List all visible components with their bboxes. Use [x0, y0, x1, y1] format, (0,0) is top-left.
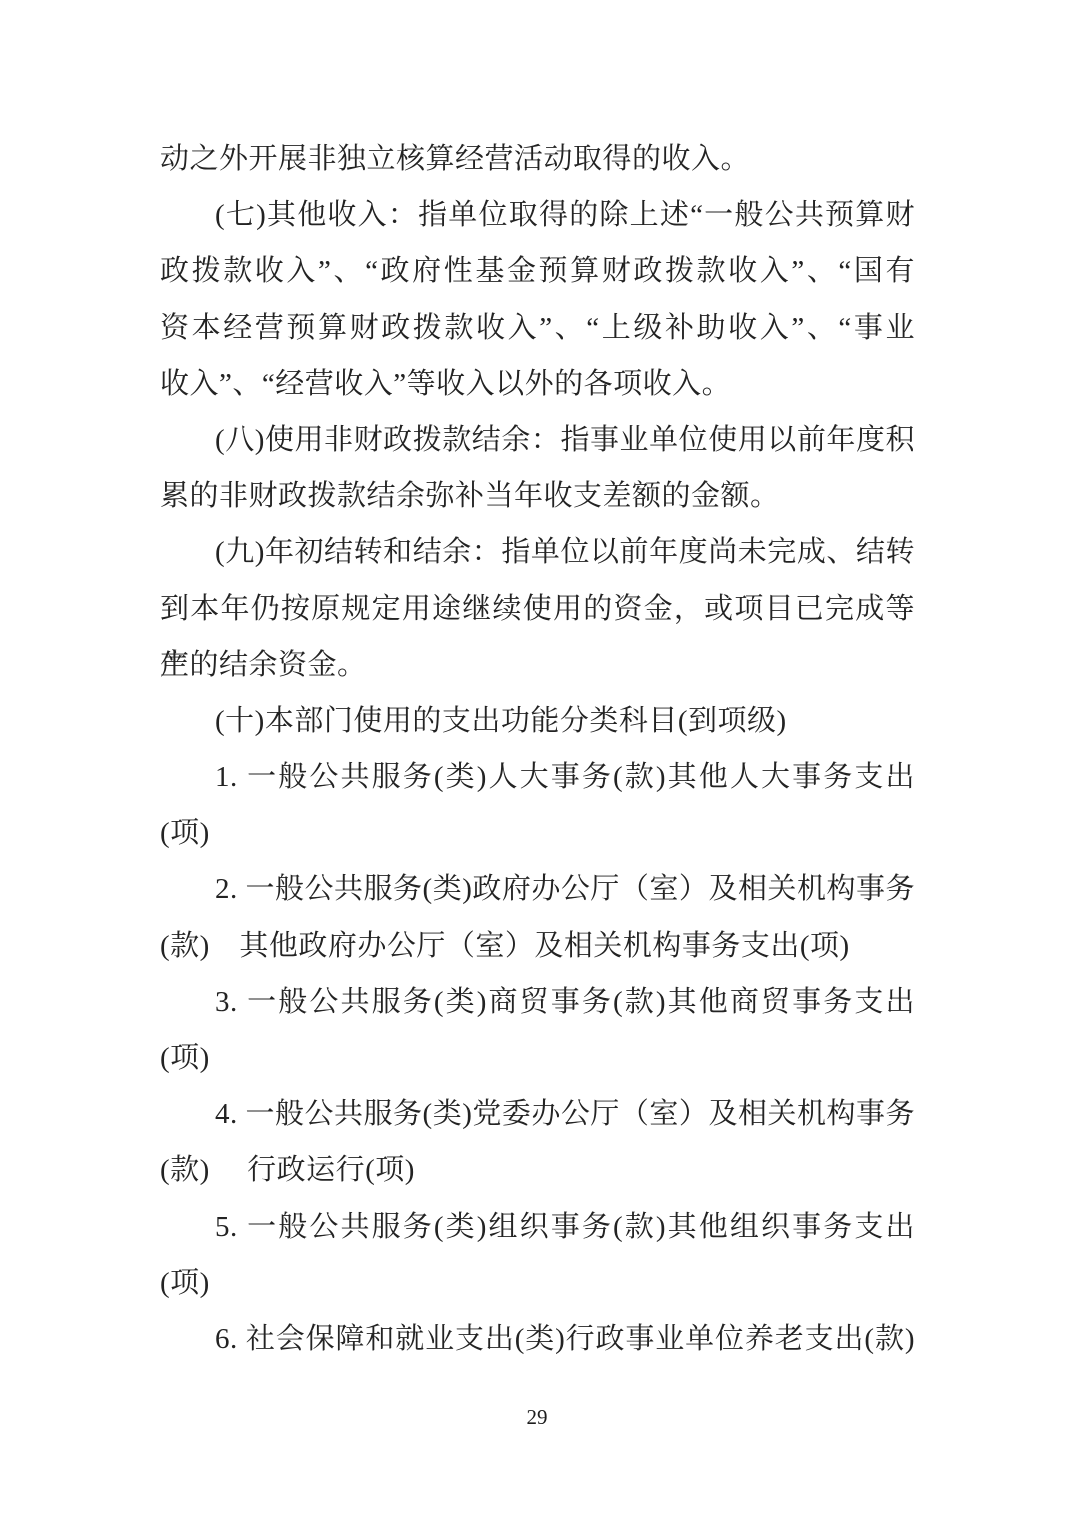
- text-line: 动之外开展非独立核算经营活动取得的收入。: [160, 131, 915, 187]
- text-line: 6. 社会保障和就业支出(类)行政事业单位养老支出(款): [160, 1311, 915, 1367]
- text-line: (十)本部门使用的支出功能分类科目(到项级): [160, 693, 915, 749]
- text-line: (项): [160, 805, 915, 861]
- text-line: 5. 一般公共服务(类)组织事务(款)其他组织事务支出: [160, 1199, 915, 1255]
- page-number: 29: [0, 1403, 1074, 1431]
- text-line: 2. 一般公共服务(类)政府办公厅（室）及相关机构事务: [160, 861, 915, 917]
- text-line: (款) 行政运行(项): [160, 1142, 915, 1198]
- text-line: 3. 一般公共服务(类)商贸事务(款)其他商贸事务支出: [160, 974, 915, 1030]
- text-line: 到本年仍按原规定用途继续使用的资金，或项目已完成等产: [160, 581, 915, 637]
- text-line: 1. 一般公共服务(类)人大事务(款)其他人大事务支出: [160, 749, 915, 805]
- text-line: 收入”、“经营收入”等收入以外的各项收入。: [160, 356, 915, 412]
- text-line: (款) 其他政府办公厅（室）及相关机构事务支出(项): [160, 918, 915, 974]
- text-line: 资本经营预算财政拨款收入”、“上级补助收入”、“事业: [160, 300, 915, 356]
- document-page: 动之外开展非独立核算经营活动取得的收入。(七)其他收入：指单位取得的除上述“一般…: [0, 0, 1074, 1520]
- text-line: 生的结余资金。: [160, 637, 915, 693]
- text-line: (项): [160, 1030, 915, 1086]
- text-line: (项): [160, 1255, 915, 1311]
- text-line: (八)使用非财政拨款结余：指事业单位使用以前年度积: [160, 412, 915, 468]
- text-line: 累的非财政拨款结余弥补当年收支差额的金额。: [160, 468, 915, 524]
- text-line: 政拨款收入”、“政府性基金预算财政拨款收入”、“国有: [160, 243, 915, 299]
- text-line: (九)年初结转和结余：指单位以前年度尚未完成、结转: [160, 524, 915, 580]
- text-line: 4. 一般公共服务(类)党委办公厅（室）及相关机构事务: [160, 1086, 915, 1142]
- text-line: (七)其他收入：指单位取得的除上述“一般公共预算财: [160, 187, 915, 243]
- text-block: 动之外开展非独立核算经营活动取得的收入。(七)其他收入：指单位取得的除上述“一般…: [160, 131, 915, 1367]
